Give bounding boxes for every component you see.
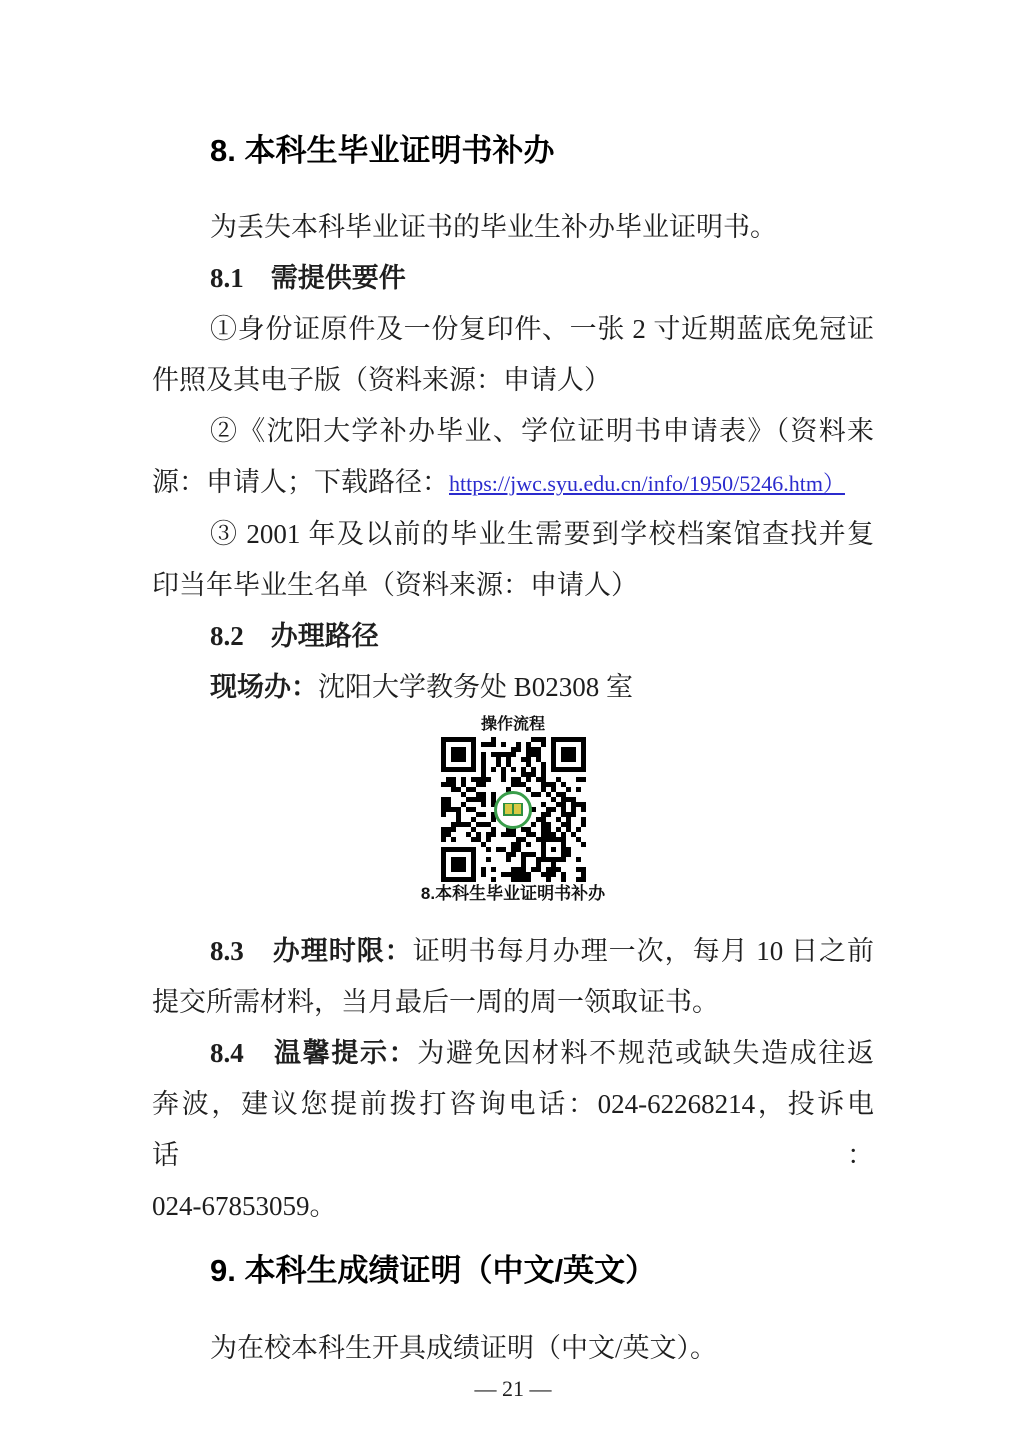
onsite-value: 沈阳大学教务处 B02308 室 bbox=[318, 672, 633, 702]
qr-caption-bottom: 8.本科生毕业证明书补办 bbox=[152, 884, 874, 904]
heading-8-1: 8.1 需提供要件 bbox=[152, 253, 874, 304]
qr-center-logo bbox=[494, 791, 532, 829]
item-2-line-2-prefix: 源：申请人；下载路径： bbox=[152, 467, 449, 497]
section-9-title: 9. 本科生成绩证明（中文/英文） bbox=[152, 1250, 874, 1292]
heading-8-2: 8.2 办理路径 bbox=[152, 611, 874, 662]
qr-code bbox=[441, 737, 586, 882]
item-1-line-1: ①身份证原件及一份复印件、一张 2 寸近期蓝底免冠证 bbox=[152, 304, 874, 355]
item-1-line-2: 件照及其电子版（资料来源：申请人） bbox=[152, 355, 874, 406]
item-2-line-1: ②《沈阳大学补办毕业、学位证明书申请表》（资料来 bbox=[152, 406, 874, 457]
item-3-line-2: 印当年毕业生名单（资料来源：申请人） bbox=[152, 560, 874, 611]
onsite-label: 现场办： bbox=[210, 672, 318, 702]
section-8-intro: 为丢失本科毕业证书的毕业生补办毕业证明书。 bbox=[152, 202, 874, 253]
download-link[interactable]: https://jwc.syu.edu.cn/info/1950/5246.ht… bbox=[449, 471, 845, 496]
line-8-4-2: 奔波，建议您提前拨打咨询电话：024-62268214，投诉电话： bbox=[152, 1079, 874, 1181]
onsite-line: 现场办：沈阳大学教务处 B02308 室 bbox=[152, 662, 874, 713]
section-9-body: 为在校本科生开具成绩证明（中文/英文）。 bbox=[152, 1323, 874, 1374]
section-8-title: 8. 本科生毕业证明书补办 bbox=[152, 130, 874, 172]
line-8-4-1: 8.4 温馨提示：为避免因材料不规范或缺失造成往返 bbox=[152, 1028, 874, 1079]
item-2-line-2: 源：申请人；下载路径：https://jwc.syu.edu.cn/info/1… bbox=[152, 457, 874, 509]
book-icon bbox=[503, 803, 523, 816]
section-9-intro: 为在校本科生开具成绩证明（中文/英文）。 bbox=[152, 1323, 874, 1374]
document-page: 8. 本科生毕业证明书补办 为丢失本科毕业证书的毕业生补办毕业证明书。 8.1 … bbox=[0, 0, 1024, 1448]
page-number: — 21 — bbox=[152, 1375, 874, 1403]
qr-caption-top: 操作流程 bbox=[152, 715, 874, 735]
line-8-4-3: 024-67853059。 bbox=[152, 1181, 874, 1232]
label-8-4: 8.4 温馨提示： bbox=[210, 1038, 417, 1068]
line-8-3-1: 8.3 办理时限：证明书每月办理一次，每月 10 日之前 bbox=[152, 926, 874, 977]
text-8-3-rest: 证明书每月办理一次，每月 10 日之前 bbox=[413, 936, 874, 966]
label-8-3: 8.3 办理时限： bbox=[210, 936, 413, 966]
page-content: 8. 本科生毕业证明书补办 为丢失本科毕业证书的毕业生补办毕业证明书。 8.1 … bbox=[152, 0, 874, 1403]
item-3-line-1: ③ 2001 年及以前的毕业生需要到学校档案馆查找并复 bbox=[152, 509, 874, 560]
section-8-tail: 8.3 办理时限：证明书每月办理一次，每月 10 日之前 提交所需材料，当月最后… bbox=[152, 926, 874, 1232]
qr-section: 操作流程 8.本科生毕业证明书补办 bbox=[152, 715, 874, 904]
section-8-body: 为丢失本科毕业证书的毕业生补办毕业证明书。 8.1 需提供要件 ①身份证原件及一… bbox=[152, 202, 874, 713]
line-8-3-2: 提交所需材料，当月最后一周的周一领取证书。 bbox=[152, 977, 874, 1028]
text-8-4-rest: 为避免因材料不规范或缺失造成往返 bbox=[417, 1038, 874, 1068]
